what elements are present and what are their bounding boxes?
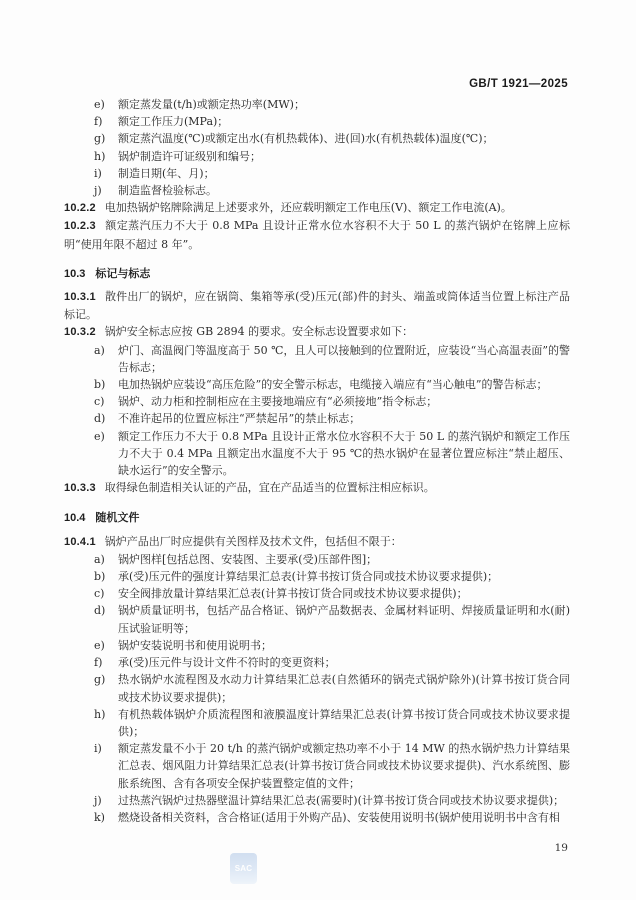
clause-10-3-2: 10.3.2锅炉安全标志应按 GB 2894 的要求。安全标志设置要求如下： bbox=[64, 323, 570, 341]
list-item: h) 锅炉制造许可证级别和编号； bbox=[64, 148, 570, 165]
item-text: 锅炉制造许可证级别和编号； bbox=[118, 148, 570, 165]
list-item: g) 热水锅炉水流程图及水动力计算结果汇总表(自然循环的锅壳式锅炉除外)(计算书… bbox=[64, 671, 570, 705]
clause-10-4-1: 10.4.1锅炉产品出厂时应提供有关图样及技术文件，包括但不限于： bbox=[64, 533, 570, 551]
item-label: g) bbox=[94, 130, 118, 147]
item-label: e) bbox=[94, 428, 118, 480]
clause-number: 10.3.1 bbox=[64, 291, 96, 303]
documents-list: a) 锅炉图样[包括总图、安装图、主要承(受)压部件图]； b) 承(受)压元件… bbox=[64, 551, 570, 826]
item-label: j) bbox=[94, 182, 118, 199]
list-item: e) 额定工作压力不大于 0.8 MPa 且设计正常水位水容积不大于 50 L … bbox=[64, 428, 570, 480]
item-text: 制造日期(年、月)； bbox=[118, 165, 570, 182]
item-label: k) bbox=[94, 809, 118, 826]
item-label: f) bbox=[94, 113, 118, 130]
list-item: i) 额定蒸发量不小于 20 t/h 的蒸汽锅炉或额定热功率不小于 14 MW … bbox=[64, 740, 570, 792]
list-item: e) 额定蒸发量(t/h)或额定热功率(MW)； bbox=[64, 96, 570, 113]
item-text: 制造监督检验标志。 bbox=[118, 182, 570, 199]
item-label: g) bbox=[94, 671, 118, 705]
item-text: 承(受)压元件与设计文件不符时的变更资料； bbox=[118, 654, 570, 671]
list-item: d) 不准许起吊的位置应标注“严禁起吊”的禁止标志； bbox=[64, 410, 570, 427]
list-item: f) 额定工作压力(MPa)； bbox=[64, 113, 570, 130]
clause-text: 电加热锅炉铭牌除满足上述要求外，还应载明额定工作电压(V)、额定工作电流(A)。 bbox=[105, 201, 512, 214]
clause-10-2-3: 10.2.3额定蒸汽压力不大于 0.8 MPa 且设计正常水位水容积不大于 50… bbox=[64, 217, 570, 252]
list-item: i) 制造日期(年、月)； bbox=[64, 165, 570, 182]
section-heading-10-3: 10.3标记与标志 bbox=[64, 266, 570, 283]
clause-text: 锅炉产品出厂时应提供有关图样及技术文件，包括但不限于： bbox=[105, 535, 402, 548]
section-title: 标记与标志 bbox=[95, 268, 150, 280]
list-item: e) 锅炉安装说明书和使用说明书； bbox=[64, 637, 570, 654]
item-label: j) bbox=[94, 792, 118, 809]
item-label: f) bbox=[94, 654, 118, 671]
list-item: c) 安全阀排放量计算结果汇总表(计算书按订货合同或技术协议要求提供)； bbox=[64, 585, 570, 602]
section-title: 随机文件 bbox=[95, 512, 139, 524]
clause-10-2-2: 10.2.2电加热锅炉铭牌除满足上述要求外，还应载明额定工作电压(V)、额定工作… bbox=[64, 199, 570, 217]
clause-text: 锅炉安全标志应按 GB 2894 的要求。安全标志设置要求如下： bbox=[105, 325, 413, 338]
item-text: 锅炉质量证明书，包括产品合格证、锅炉产品数据表、金属材料证明、焊接质量证明和水(… bbox=[118, 602, 570, 636]
sac-watermark-logo: SAC bbox=[230, 853, 257, 884]
item-text: 过热蒸汽锅炉过热器壁温计算结果汇总表(需要时)(计算书按订货合同或技术协议要求提… bbox=[118, 792, 570, 809]
clause-number: 10.4.1 bbox=[64, 536, 96, 548]
item-label: d) bbox=[94, 410, 118, 427]
item-label: b) bbox=[94, 376, 118, 393]
item-label: c) bbox=[94, 393, 118, 410]
list-item: c) 锅炉、动力柜和控制柜应在主要接地端应有“必须接地”指令标志； bbox=[64, 393, 570, 410]
clause-number: 10.3.3 bbox=[64, 482, 96, 494]
clause-number: 10.2.3 bbox=[64, 220, 96, 232]
item-text: 锅炉安装说明书和使用说明书； bbox=[118, 637, 570, 654]
item-label: e) bbox=[94, 96, 118, 113]
list-item: a) 炉门、高温阀门等温度高于 50 ℃，且人可以接触到的位置附近，应装设“当心… bbox=[64, 342, 570, 376]
list-item: j) 过热蒸汽锅炉过热器壁温计算结果汇总表(需要时)(计算书按订货合同或技术协议… bbox=[64, 792, 570, 809]
item-label: d) bbox=[94, 602, 118, 636]
list-item: g) 额定蒸汽温度(℃)或额定出水(有机热载体)、进(回)水(有机热载体)温度(… bbox=[64, 130, 570, 147]
list-item: k) 燃烧设备相关资料，含合格证(适用于外购产品)、安装使用说明书(锅炉使用说明… bbox=[64, 809, 570, 826]
list-item: h) 有机热载体锅炉介质流程图和液膜温度计算结果汇总表(计算书按订货合同或技术协… bbox=[64, 706, 570, 740]
list-item: a) 锅炉图样[包括总图、安装图、主要承(受)压部件图]； bbox=[64, 551, 570, 568]
list-item: j) 制造监督检验标志。 bbox=[64, 182, 570, 199]
page-content: e) 额定蒸发量(t/h)或额定热功率(MW)； f) 额定工作压力(MPa)；… bbox=[64, 96, 570, 826]
clause-text: 散件出厂的锅炉，应在锅筒、集箱等承(受)压元(部)件的封头、端盖或筒体适当位置上… bbox=[64, 290, 570, 321]
item-text: 有机热载体锅炉介质流程图和液膜温度计算结果汇总表(计算书按订货合同或技术协议要求… bbox=[118, 706, 570, 740]
item-label: h) bbox=[94, 148, 118, 165]
item-text: 热水锅炉水流程图及水动力计算结果汇总表(自然循环的锅壳式锅炉除外)(计算书按订货… bbox=[118, 671, 570, 705]
section-number: 10.3 bbox=[64, 268, 85, 280]
clause-number: 10.3.2 bbox=[64, 326, 96, 338]
item-text: 电加热锅炉应装设“高压危险”的安全警示标志，电缆接入端应有“当心触电”的警告标志… bbox=[118, 376, 570, 393]
item-label: b) bbox=[94, 568, 118, 585]
safety-marks-list: a) 炉门、高温阀门等温度高于 50 ℃，且人可以接触到的位置附近，应装设“当心… bbox=[64, 342, 570, 480]
item-text: 锅炉图样[包括总图、安装图、主要承(受)压部件图]； bbox=[118, 551, 570, 568]
list-item: b) 承(受)压元件的强度计算结果汇总表(计算书按订货合同或技术协议要求提供)； bbox=[64, 568, 570, 585]
sac-watermark-text: SAC bbox=[235, 864, 253, 873]
page-number: 19 bbox=[555, 842, 568, 854]
item-label: i) bbox=[94, 165, 118, 182]
item-label: c) bbox=[94, 585, 118, 602]
item-label: a) bbox=[94, 551, 118, 568]
item-label: e) bbox=[94, 637, 118, 654]
item-text: 额定工作压力不大于 0.8 MPa 且设计正常水位水容积不大于 50 L 的蒸汽… bbox=[118, 428, 570, 480]
item-label: h) bbox=[94, 706, 118, 740]
document-page: GB/T 1921—2025 e) 额定蒸发量(t/h)或额定热功率(MW)； … bbox=[0, 0, 636, 900]
item-text: 安全阀排放量计算结果汇总表(计算书按订货合同或技术协议要求提供)； bbox=[118, 585, 570, 602]
top-list: e) 额定蒸发量(t/h)或额定热功率(MW)； f) 额定工作压力(MPa)；… bbox=[64, 96, 570, 199]
clause-number: 10.2.2 bbox=[64, 202, 96, 214]
item-text: 额定蒸发量(t/h)或额定热功率(MW)； bbox=[118, 96, 570, 113]
clause-10-3-3: 10.3.3取得绿色制造相关认证的产品，宜在产品适当的位置标注相应标识。 bbox=[64, 479, 570, 497]
standard-code-header: GB/T 1921—2025 bbox=[469, 78, 568, 90]
item-text: 不准许起吊的位置应标注“严禁起吊”的禁止标志； bbox=[118, 410, 570, 427]
item-text: 额定蒸发量不小于 20 t/h 的蒸汽锅炉或额定热功率不小于 14 MW 的热水… bbox=[118, 740, 570, 792]
item-text: 炉门、高温阀门等温度高于 50 ℃，且人可以接触到的位置附近，应装设“当心高温表… bbox=[118, 342, 570, 376]
clause-text: 额定蒸汽压力不大于 0.8 MPa 且设计正常水位水容积不大于 50 L 的蒸汽… bbox=[64, 219, 570, 250]
item-text: 额定蒸汽温度(℃)或额定出水(有机热载体)、进(回)水(有机热载体)温度(℃)； bbox=[118, 130, 570, 147]
item-text: 额定工作压力(MPa)； bbox=[118, 113, 570, 130]
item-label: a) bbox=[94, 342, 118, 376]
section-number: 10.4 bbox=[64, 512, 85, 524]
item-text: 承(受)压元件的强度计算结果汇总表(计算书按订货合同或技术协议要求提供)； bbox=[118, 568, 570, 585]
item-text: 锅炉、动力柜和控制柜应在主要接地端应有“必须接地”指令标志； bbox=[118, 393, 570, 410]
item-text: 燃烧设备相关资料，含合格证(适用于外购产品)、安装使用说明书(锅炉使用说明书中含… bbox=[118, 809, 570, 826]
item-label: i) bbox=[94, 740, 118, 792]
section-heading-10-4: 10.4随机文件 bbox=[64, 510, 570, 527]
list-item: f) 承(受)压元件与设计文件不符时的变更资料； bbox=[64, 654, 570, 671]
clause-10-3-1: 10.3.1散件出厂的锅炉，应在锅筒、集箱等承(受)压元(部)件的封头、端盖或筒… bbox=[64, 288, 570, 323]
list-item: d) 锅炉质量证明书，包括产品合格证、锅炉产品数据表、金属材料证明、焊接质量证明… bbox=[64, 602, 570, 636]
list-item: b) 电加热锅炉应装设“高压危险”的安全警示标志，电缆接入端应有“当心触电”的警… bbox=[64, 376, 570, 393]
clause-text: 取得绿色制造相关认证的产品，宜在产品适当的位置标注相应标识。 bbox=[105, 481, 435, 494]
